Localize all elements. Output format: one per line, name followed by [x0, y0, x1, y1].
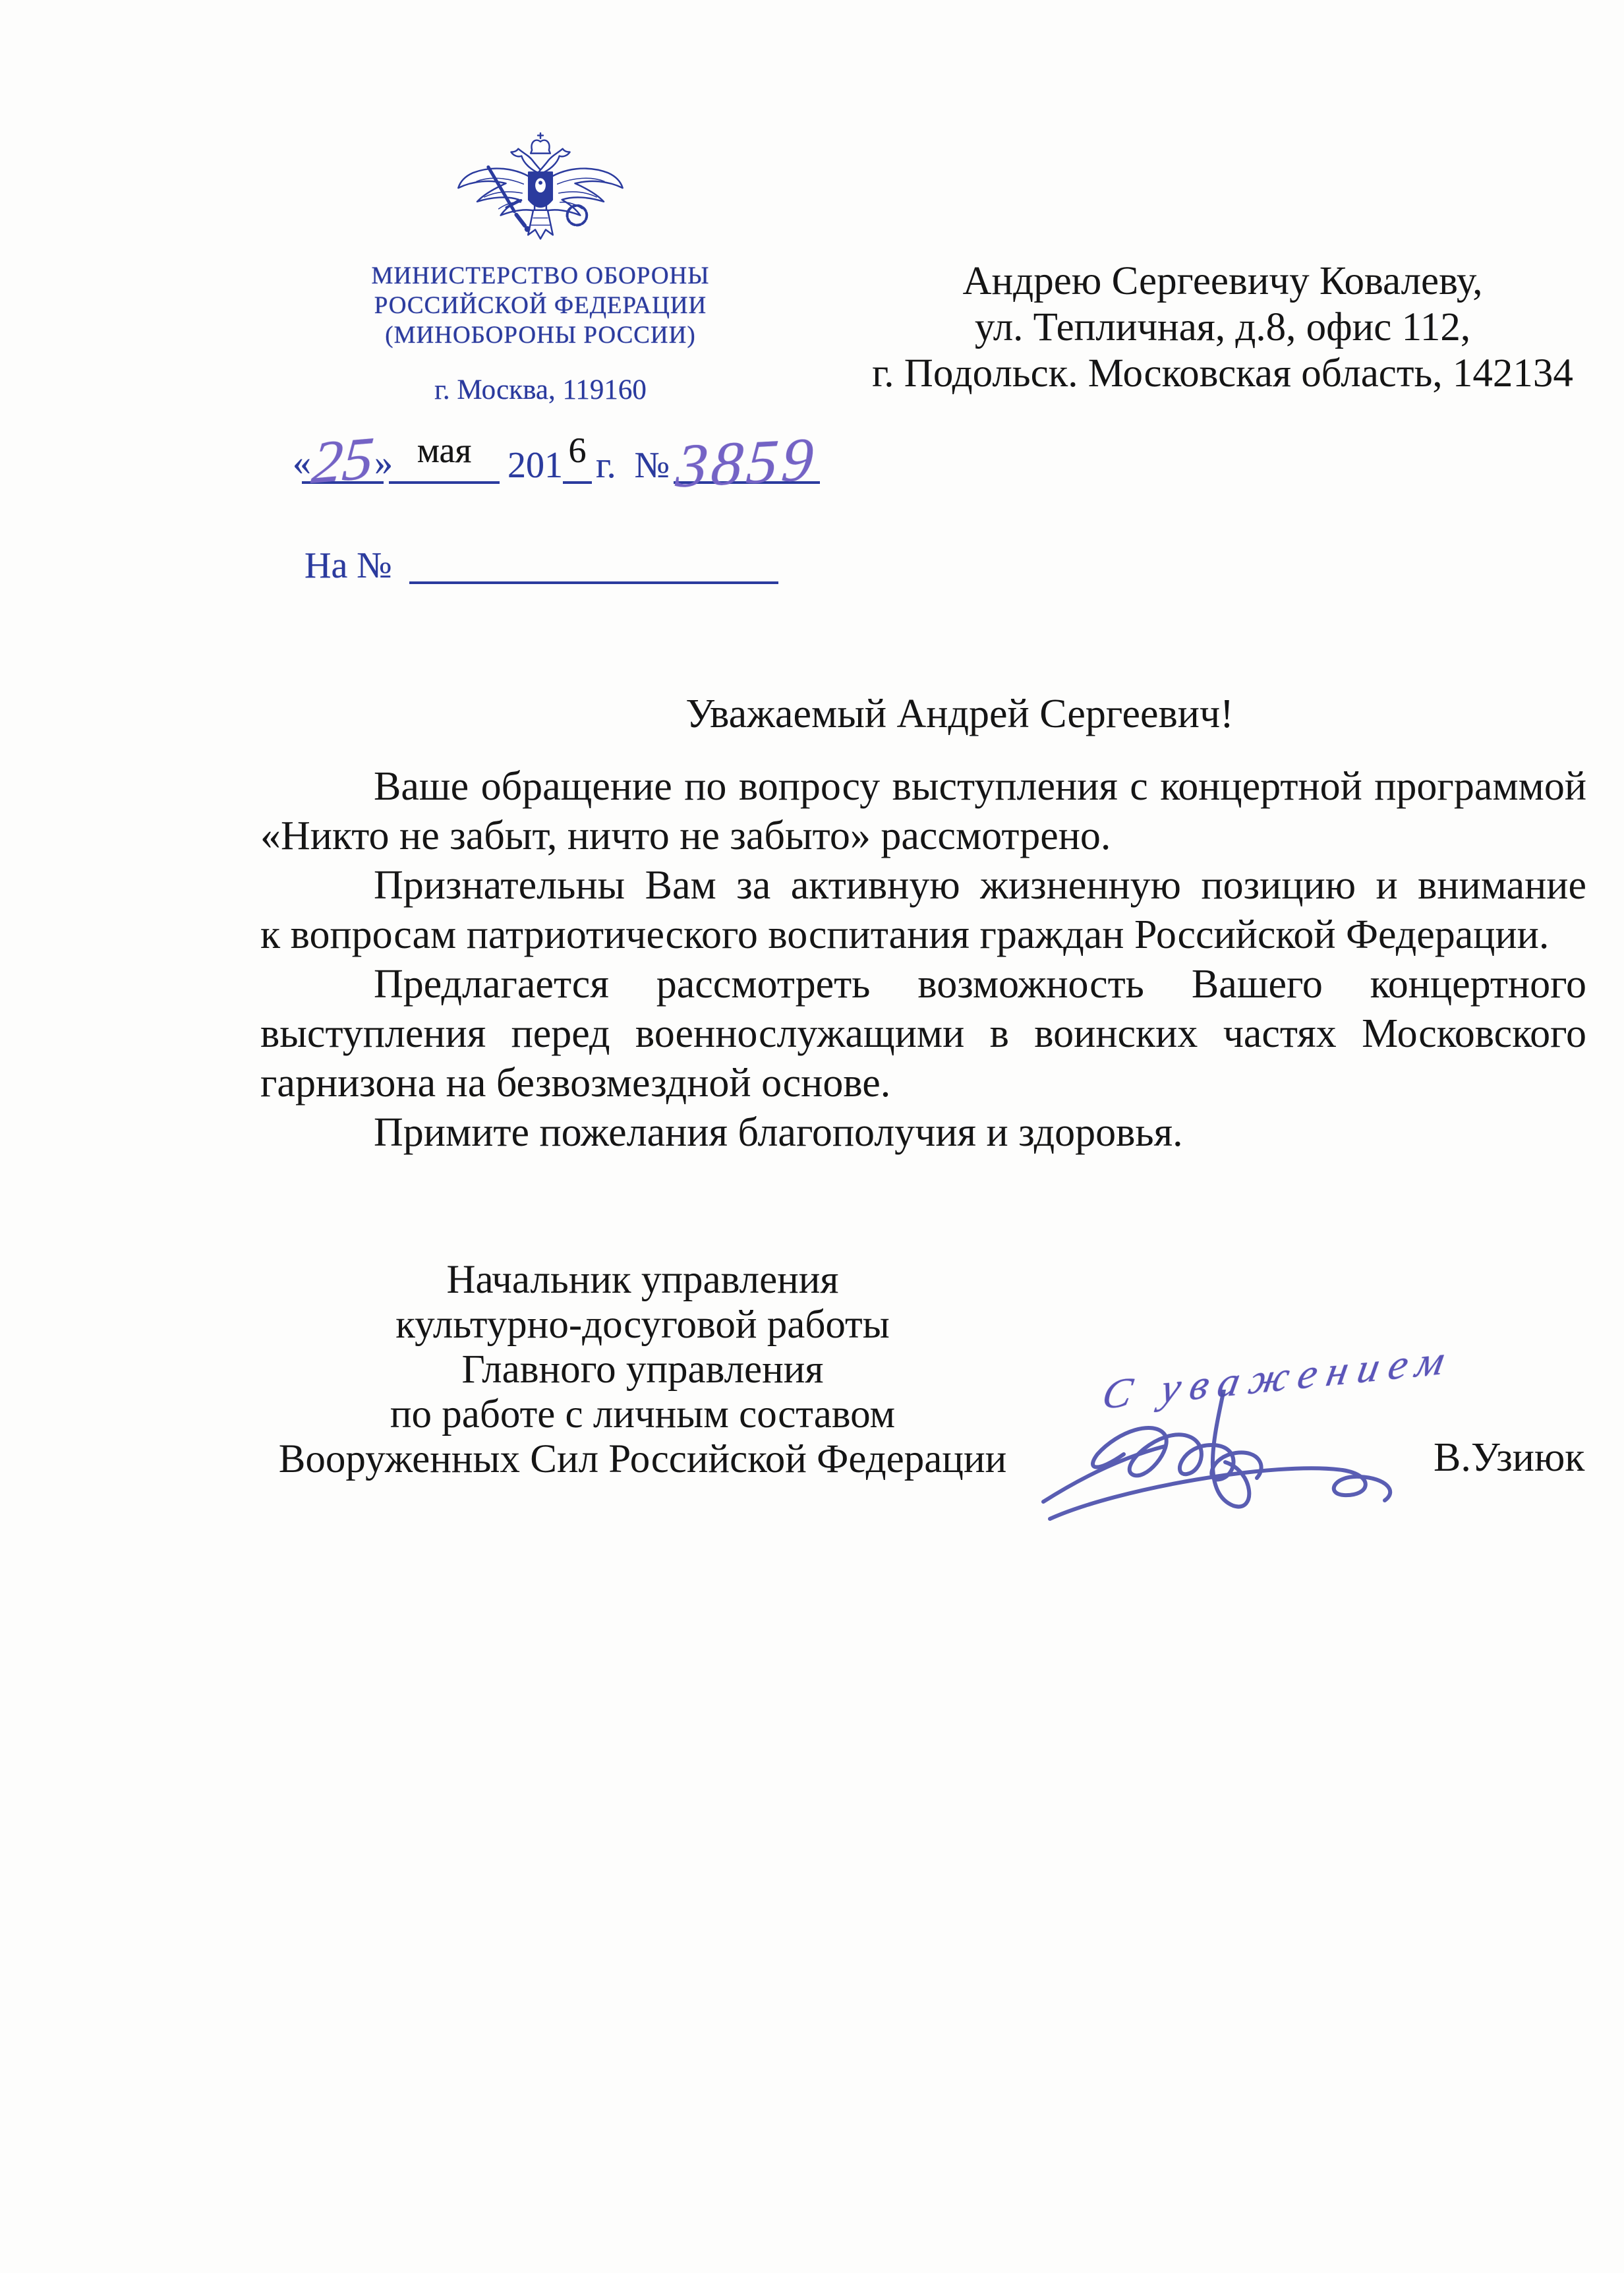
body-line: Ваше обращение по вопросу выступления с … — [260, 762, 1586, 812]
body-line: к вопросам патриотического воспитания гр… — [260, 910, 1586, 960]
outgoing-number-field: 3859 — [674, 438, 820, 484]
org-name-line: РОССИЙСКОЙ ФЕДЕРАЦИИ — [244, 291, 837, 320]
body-line: гарнизона на безвозмездной основе. — [260, 1059, 1586, 1108]
mod-eagle-emblem — [454, 132, 627, 256]
reference-label: На № — [304, 547, 392, 584]
typed-month: мая — [417, 432, 472, 468]
date-month-field: мая — [389, 446, 500, 484]
signer-title-line: Начальник управления — [264, 1258, 1022, 1303]
date-day-field: « 25 » — [302, 436, 384, 484]
signer-name: В.Узиюк — [1434, 1434, 1584, 1481]
letter-body: Уважаемый Андрей Сергеевич! Ваше обращен… — [260, 690, 1586, 1158]
paragraph: Признательны Вам за активную жизненную п… — [260, 861, 1586, 960]
org-name-line: МИНИСТЕРСТВО ОБОРОНЫ — [244, 261, 837, 291]
date-year-field: 6 — [563, 446, 592, 484]
paragraph: Примите пожелания благополучия и здоровь… — [260, 1108, 1586, 1158]
salutation: Уважаемый Андрей Сергеевич! — [260, 690, 1586, 739]
typed-year-digit: 6 — [569, 432, 587, 468]
open-quote: « — [291, 444, 312, 481]
reference-row: На № — [304, 527, 778, 584]
body-line: «Никто не забыт, ничто не забыто» рассмо… — [260, 812, 1586, 861]
signer-title-line: по работе с личным составом — [264, 1392, 1022, 1437]
signature-autograph — [1025, 1390, 1447, 1541]
date-number-row: « 25 » мая 201 6 г. № 3859 — [302, 432, 820, 484]
handwritten-number: 3859 — [674, 434, 819, 491]
recipient-name: Андрею Сергеевичу Ковалеву, — [857, 258, 1588, 305]
year-prefix: 201 — [507, 447, 563, 484]
year-suffix: г. — [596, 447, 616, 484]
recipient-block: Андрею Сергеевичу Ковалеву, ул. Теплична… — [857, 258, 1588, 397]
paragraph: Предлагается рассмотреть возможность Ваш… — [260, 960, 1586, 1108]
letterhead: МИНИСТЕРСТВО ОБОРОНЫ РОССИЙСКОЙ ФЕДЕРАЦИ… — [244, 132, 837, 406]
recipient-street: ул. Тепличная, д.8, офис 112, — [857, 305, 1588, 351]
org-name: МИНИСТЕРСТВО ОБОРОНЫ РОССИЙСКОЙ ФЕДЕРАЦИ… — [244, 261, 837, 350]
body-line: Признательны Вам за активную жизненную п… — [260, 861, 1586, 910]
body-line: Примите пожелания благополучия и здоровь… — [260, 1108, 1586, 1158]
body-line: выступления перед военнослужащими в воин… — [260, 1009, 1586, 1059]
signer-title-line: Главного управления — [264, 1347, 1022, 1392]
signer-title: Начальник управления культурно-досуговой… — [264, 1258, 1022, 1482]
reference-blank-line — [409, 527, 778, 584]
signer-title-line: культурно-досуговой работы — [264, 1303, 1022, 1347]
scanned-letter-page: МИНИСТЕРСТВО ОБОРОНЫ РОССИЙСКОЙ ФЕДЕРАЦИ… — [0, 0, 1624, 2273]
body-line: Предлагается рассмотреть возможность Ваш… — [260, 960, 1586, 1009]
signer-title-line: Вооруженных Сил Российской Федерации — [264, 1437, 1022, 1482]
org-name-line: (МИНОБОРОНЫ РОССИИ) — [244, 320, 837, 350]
handwritten-day: 25 — [310, 434, 376, 488]
recipient-city: г. Подольск. Московская область, 142134 — [857, 351, 1588, 397]
number-sign: № — [635, 447, 670, 484]
org-address: г. Москва, 119160 — [244, 374, 837, 406]
paragraph: Ваше обращение по вопросу выступления с … — [260, 762, 1586, 861]
